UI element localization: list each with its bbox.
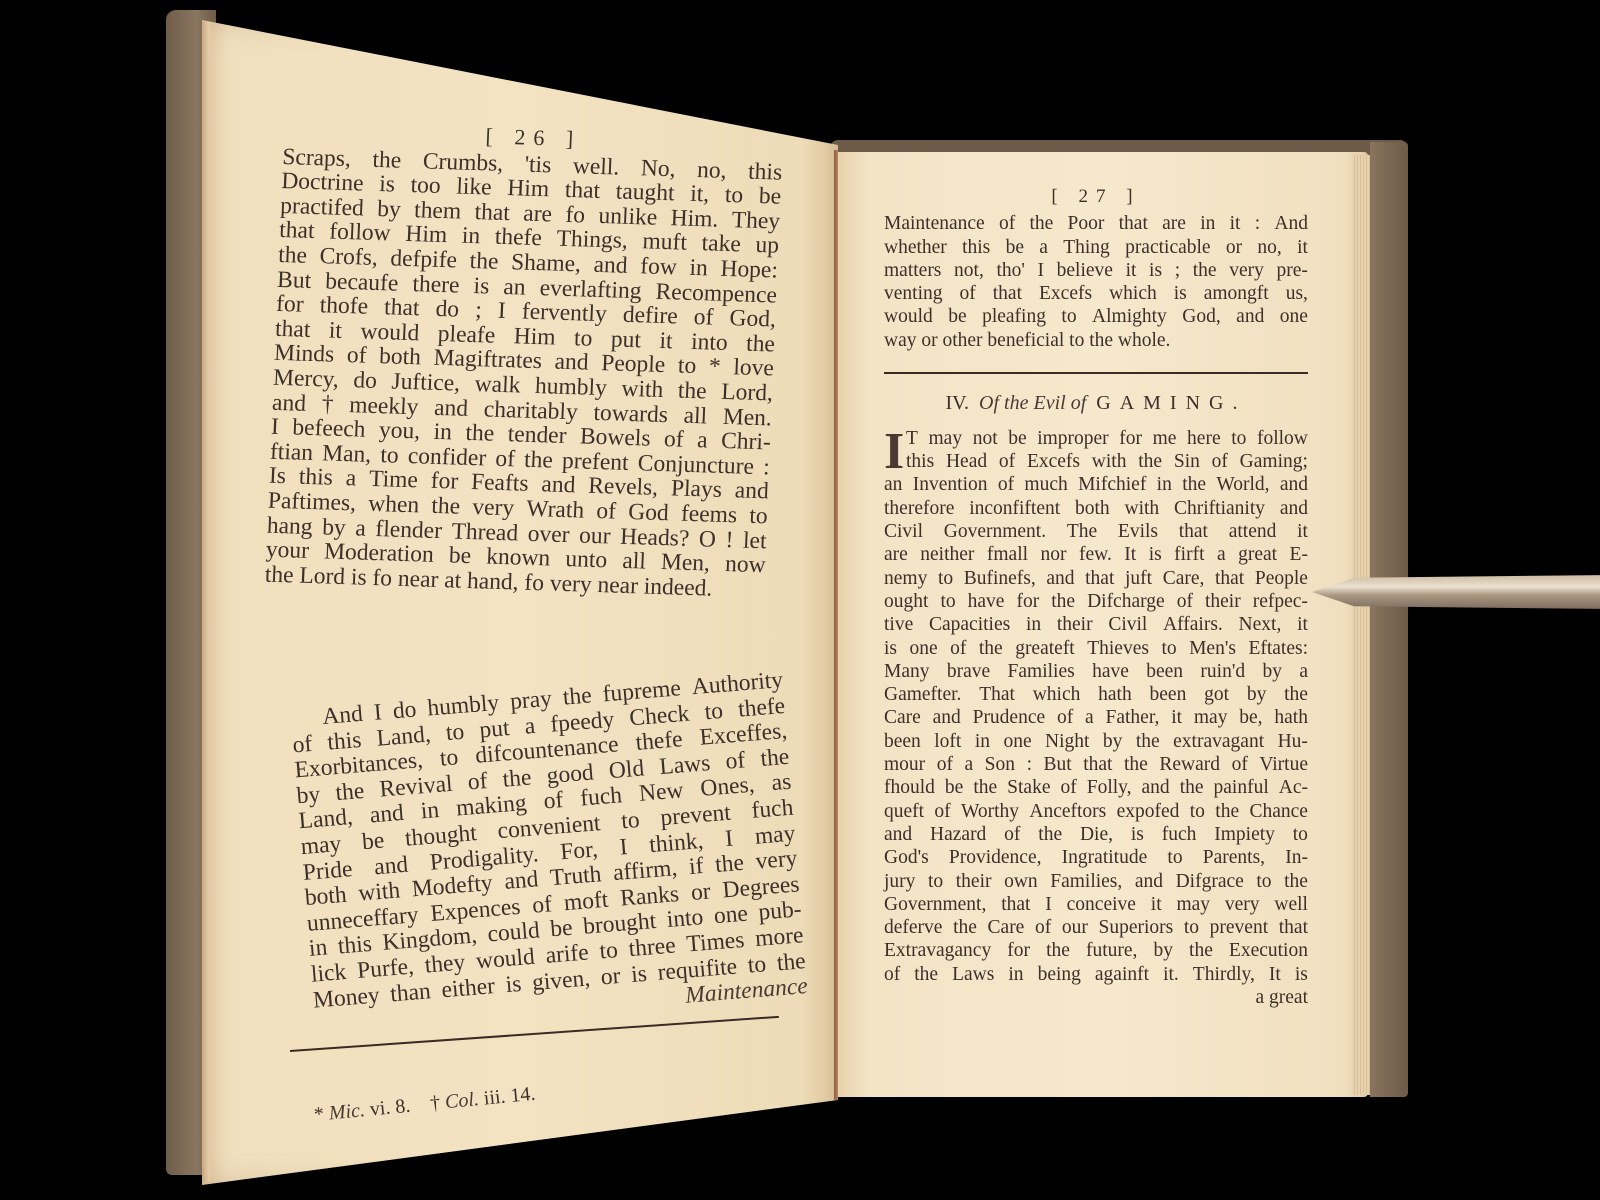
- footnote-ref: Mic.: [328, 1099, 366, 1124]
- footnote-ref: Col.: [444, 1088, 480, 1113]
- text-line: beenloftinoneNightbytheextravagantHu-: [884, 730, 1308, 753]
- text-line: oughttohavefortheDifchargeoftheirrefpec-: [884, 590, 1308, 613]
- text-line: oftheLawsinbeingagainftit.Thirdly,Itis: [884, 963, 1308, 986]
- section-heading: IV. Of the Evil of GAMING.: [884, 392, 1308, 415]
- text-line: thereforeinconfiftentbothwithChriftianit…: [884, 497, 1308, 520]
- right-page-number: [ 27 ]: [884, 185, 1308, 208]
- right-page-text: [ 27 ] MaintenanceofthePoorthatareinit:A…: [884, 185, 1308, 1009]
- book-photo: [ 26 ] Scraps,theCrumbs,'tiswell.No,no,t…: [0, 0, 1600, 1200]
- drop-cap: I: [884, 430, 904, 474]
- text-line: Tmaynotbeimproperformeheretofollow: [884, 427, 1308, 450]
- footnote-cite: iii. 14.: [483, 1083, 537, 1110]
- catchword: a great: [884, 986, 1308, 1009]
- text-line: Gamefter.Thatwhichhathbeengotbythe: [884, 683, 1308, 706]
- text-line: fhouldbetheStakeofFolly,andthepainfulAc-: [884, 776, 1308, 799]
- text-line: ManybraveFamilieshavebeenruin'dbya: [884, 660, 1308, 683]
- text-line: thisHeadofExcefswiththeSinofGaming;: [884, 450, 1308, 473]
- text-line: whetherthisbeaThingpracticableorno,it: [884, 236, 1308, 259]
- footnote-cite: vi. 8.: [369, 1095, 411, 1121]
- text-line: wouldbepleafingtoAlmightyGod,andone: [884, 305, 1308, 328]
- book-gutter: [834, 150, 838, 1100]
- section-title-caps: GAMING.: [1096, 392, 1246, 414]
- section-number: IV.: [946, 392, 970, 414]
- left-page-paragraph-2: AndIdohumblypraythefupremeAuthority ofth…: [290, 668, 809, 1039]
- text-line: jurytotheirownFamilies,andDifgracetothe: [884, 870, 1308, 893]
- text-line: ventingofthatExcefswhichisamongftus,: [884, 282, 1308, 305]
- text-line: mourofaSon:ButthattheRewardofVirtue: [884, 753, 1308, 776]
- left-page-text: [ 26 ] Scraps,theCrumbs,'tiswell.No,no,t…: [264, 118, 783, 603]
- metal-pointer-icon: [1312, 575, 1600, 609]
- text-line: way or other beneficial to the whole.: [884, 329, 1308, 352]
- right-page-stack: [1352, 155, 1370, 1095]
- left-page-edge: [202, 22, 210, 1182]
- text-line: Government,thatIconceiveitmayverywell: [884, 893, 1308, 916]
- text-line: CivilGovernment.TheEvilsthatattendit: [884, 520, 1308, 543]
- section-rule: [884, 372, 1308, 374]
- section-body: I Tmaynotbeimproperformeheretofollow thi…: [884, 427, 1308, 1009]
- text-line: Extravagancyforthefuture,bytheExecution: [884, 939, 1308, 962]
- dagger-mark: †: [429, 1092, 441, 1115]
- text-line: isoneofthegreateftThievestoMen'sEftates:: [884, 637, 1308, 660]
- asterisk-mark: *: [313, 1103, 325, 1126]
- text-line: mattersnot,tho'Ibelieveitis;theverypre-: [884, 259, 1308, 282]
- text-line: anInventionofmuchMifchiefintheWorld,and: [884, 473, 1308, 496]
- text-line: nemytoBufinefs,andthatjuftCare,thatPeopl…: [884, 567, 1308, 590]
- text-line: queftofWorthyAnceftorsexpofedtotheChance: [884, 800, 1308, 823]
- text-line: defervetheCareofourSuperiorstopreventtha…: [884, 916, 1308, 939]
- text-line: areneitherfmallnorfew.ItisfirftagreatE-: [884, 543, 1308, 566]
- text-line: God'sProvidence,IngratitudetoParents,In-: [884, 846, 1308, 869]
- text-line: MaintenanceofthePoorthatareinit:And: [884, 212, 1308, 235]
- text-line: tiveCapacitiesintheirCivilAffairs.Next,i…: [884, 613, 1308, 636]
- section-title-italic: Of the Evil of: [979, 392, 1086, 414]
- text-line: andHazardoftheDie,isfuchImpietyto: [884, 823, 1308, 846]
- right-cover: [1370, 142, 1408, 1097]
- text-line: CareandPrudenceofaFather,itmaybe,hath: [884, 706, 1308, 729]
